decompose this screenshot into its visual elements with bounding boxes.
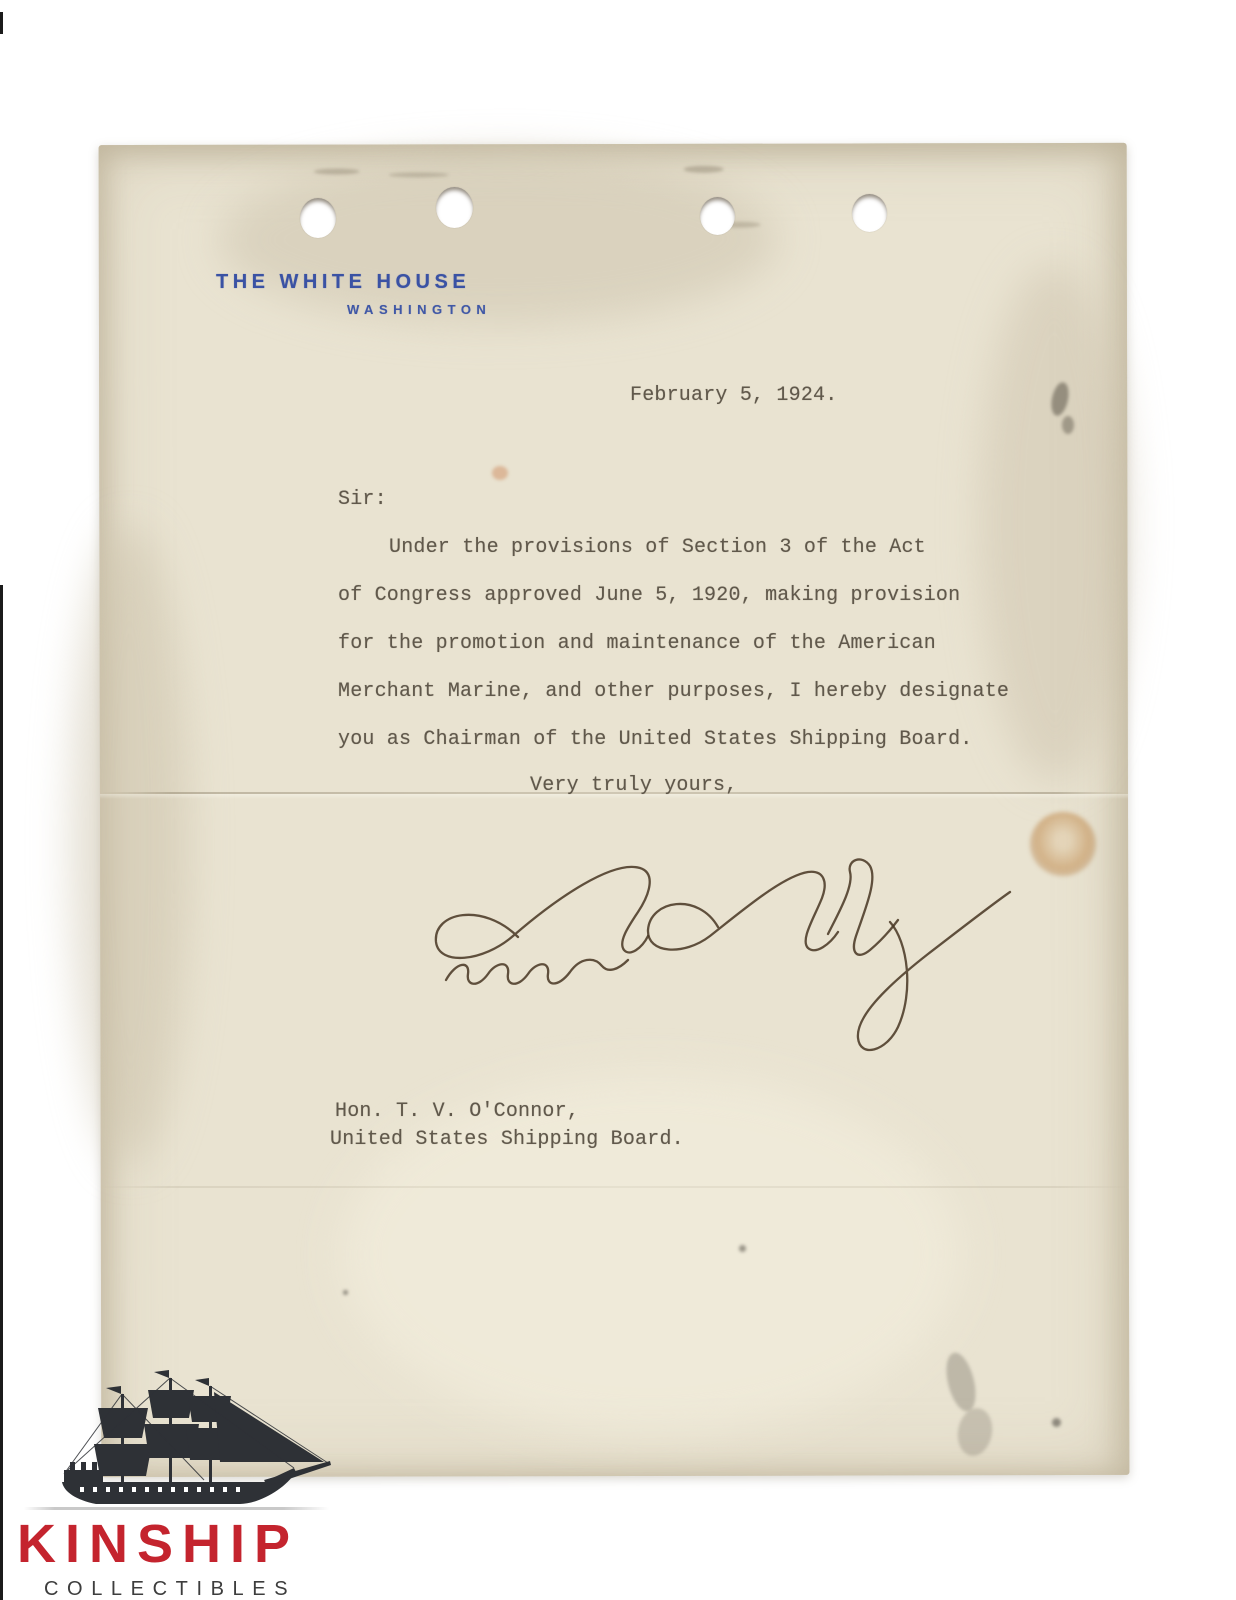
- letter-body-line: Under the provisions of Section 3 of the…: [389, 536, 926, 559]
- letter-paper: [99, 143, 1130, 1477]
- dark-speck: [1052, 1418, 1061, 1427]
- dark-speck: [343, 1290, 348, 1295]
- ink-smudge: [1062, 416, 1074, 434]
- letter-body-line: of Congress approved June 5, 1920, makin…: [338, 584, 960, 607]
- brand-tagline: COLLECTIBLES: [44, 1578, 296, 1600]
- letter-body-line: Merchant Marine, and other purposes, I h…: [338, 680, 1009, 703]
- punch-hole: [436, 187, 473, 228]
- fold-crease: [100, 1186, 1128, 1188]
- paper-aging-shade: [69, 525, 190, 1165]
- brand-name: KINSHIP: [17, 1513, 299, 1575]
- recipient-name: Hon. T. V. O'Connor,: [335, 1100, 579, 1123]
- letter-date: February 5, 1924.: [630, 384, 837, 407]
- dark-speck: [739, 1245, 746, 1252]
- scan-edge-artifact: [0, 12, 3, 34]
- scan-edge-artifact: [0, 585, 3, 1600]
- letter-body-line: you as Chairman of the United States Shi…: [338, 728, 973, 751]
- logo-waterline: [24, 1507, 329, 1510]
- paper-aging-shade: [219, 154, 779, 325]
- paper-dent-mark: [684, 166, 724, 173]
- letter-closing: Very truly yours,: [530, 774, 737, 797]
- tan-stain: [1030, 812, 1096, 876]
- letter-body-line: for the promotion and maintenance of the…: [338, 632, 936, 655]
- letterhead-subtitle: WASHINGTON: [347, 302, 491, 317]
- letterhead-title: THE WHITE HOUSE: [216, 271, 470, 294]
- recipient-office: United States Shipping Board.: [330, 1128, 684, 1151]
- scan-page: { "brand": { "name": "KINSHIP", "tagline…: [0, 0, 1236, 1600]
- paper-aging-shade: [979, 263, 1130, 783]
- punch-hole: [300, 198, 336, 238]
- ship-logo-icon: [54, 1366, 334, 1516]
- letter-salutation: Sir:: [338, 488, 387, 511]
- rust-speck: [492, 466, 508, 480]
- punch-hole: [852, 194, 887, 232]
- signature-autograph: [398, 842, 1028, 1087]
- punch-hole: [700, 197, 735, 235]
